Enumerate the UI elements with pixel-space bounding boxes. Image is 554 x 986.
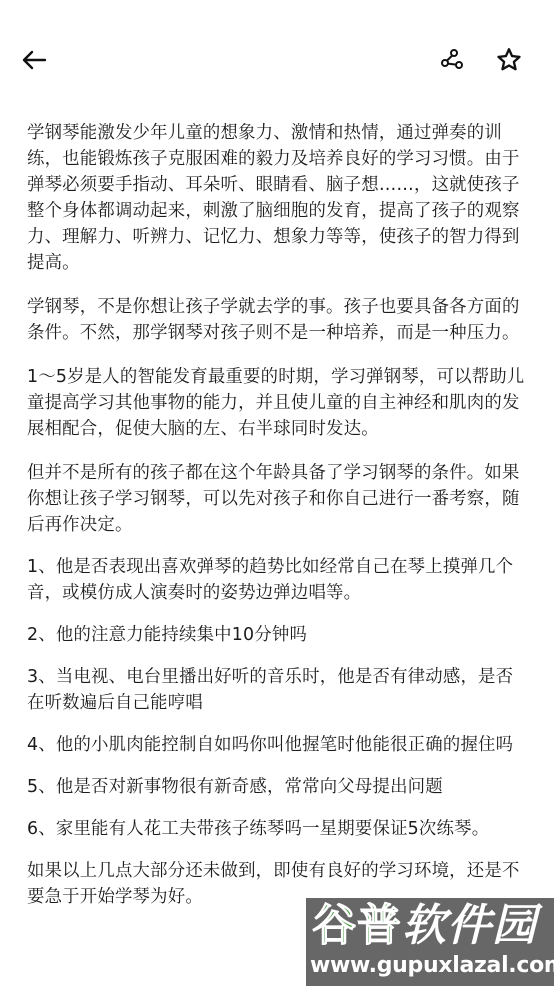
watermark-logo: 谷普软件园 (312, 900, 537, 952)
article-list-item: 3、当电视、电台里播出好听的音乐时，他是否有律动感，是否在听数遍后自己能哼唱 (27, 664, 530, 716)
share-icon (440, 48, 464, 72)
article-body: 学钢琴能激发少年儿童的想象力、激情和热情，通过弹奏的训练，也能锻炼孩子克服困难的… (27, 120, 530, 926)
article-list-item: 4、他的小肌肉能控制自如吗你叫他握笔时他能很正确的握住吗 (27, 732, 530, 758)
favorite-button[interactable] (489, 40, 529, 80)
article-paragraph: 学钢琴，不是你想让孩子学就去学的事。孩子也要具备各方面的条件。不然，那学钢琴对孩… (27, 294, 530, 346)
article-paragraph: 学钢琴能激发少年儿童的想象力、激情和热情，通过弹奏的训练，也能锻炼孩子克服困难的… (27, 120, 530, 276)
article-list-item: 5、他是否对新事物很有新奇感，常常向父母提出问题 (27, 774, 530, 800)
star-outline-icon (495, 46, 523, 74)
watermark-logo-white: 软件园 (402, 900, 537, 951)
article-paragraph: 1～5岁是人的智能发育最重要的时期，学习弹钢琴，可以帮助儿童提高学习其他事物的能… (27, 364, 530, 442)
watermark-url: www.gupuxlazal.com (310, 952, 554, 980)
share-button[interactable] (432, 40, 472, 80)
article-list-item: 6、家里能有人花工夫带孩子练琴吗一星期要保证5次练琴。 (27, 816, 530, 842)
top-toolbar (0, 36, 554, 84)
watermark-logo-green: 谷普 (312, 900, 402, 951)
article-list-item: 2、他的注意力能持续集中10分钟吗 (27, 622, 530, 648)
article-list-item: 1、他是否表现出喜欢弹琴的趋势比如经常自己在琴上摸弹几个音，或模仿成人演奏时的姿… (27, 554, 530, 606)
arrow-left-icon (21, 49, 47, 71)
article-paragraph: 但并不是所有的孩子都在这个年龄具备了学习钢琴的条件。如果你想让孩子学习钢琴，可以… (27, 460, 530, 538)
site-watermark: 谷普软件园 www.gupuxlazal.com (306, 898, 554, 986)
back-button[interactable] (14, 40, 54, 80)
